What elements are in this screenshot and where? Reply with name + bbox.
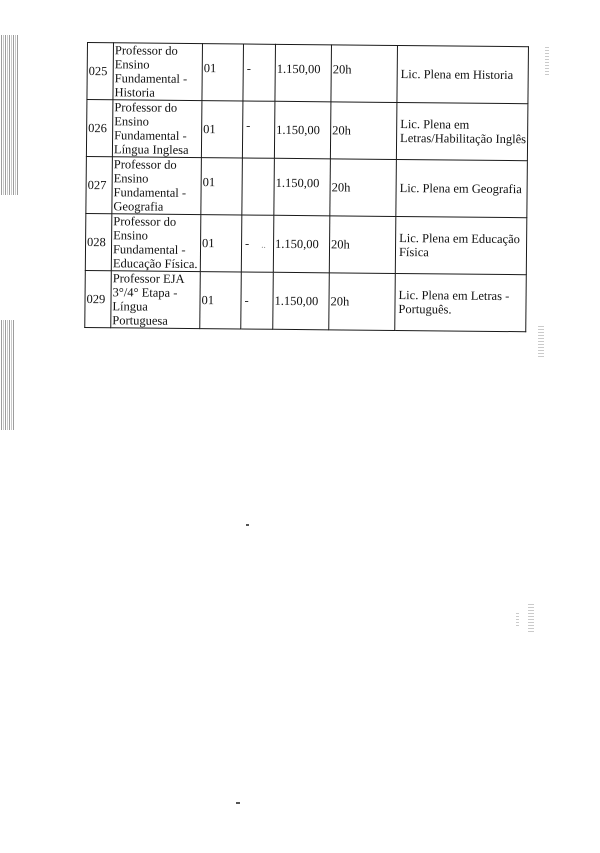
workload-cell: 20h (329, 273, 396, 331)
pcd-vacancies-cell: -.. (241, 215, 274, 272)
requirement-value: Lic. Plena em Educação Física (397, 231, 526, 260)
salary-value: 1.150,00 (277, 62, 331, 77)
requirement-cell: Lic. Plena em Geografia (396, 159, 528, 217)
workload-cell: 20h (331, 45, 398, 103)
code-cell: 025 (87, 43, 114, 100)
role-cell: Professor EJA 3°/4° Etapa - Língua Portu… (111, 271, 201, 329)
salary-value: 1.150,00 (276, 123, 320, 137)
workload-value: 20h (331, 237, 350, 251)
workload-cell: 20h (329, 216, 396, 274)
salary-cell: 1.150,00 (275, 44, 332, 102)
workload-cell: 20h (330, 159, 397, 217)
scan-artifact-left-mid (1, 320, 15, 430)
scan-artifact-right-top (545, 45, 549, 75)
salary-cell: 1.150,00 (273, 272, 330, 330)
table-row: 028 Professor do Ensino Fundamental - Ed… (85, 213, 527, 274)
vacancies-cell: 01 (200, 215, 242, 272)
scan-artifact-right-mid (538, 325, 544, 357)
vacancies-value: 01 (201, 293, 214, 307)
vacancies-cell: 01 (201, 158, 243, 215)
scan-mark-bottom (236, 802, 240, 804)
scan-mark-center (246, 524, 249, 526)
pcd-vacancies-cell: - (242, 101, 275, 158)
scanned-page: 025 Professor do Ensino Fundamental - Hi… (0, 0, 600, 853)
pcd-vacancies-value: - (244, 119, 274, 133)
vacancies-value: 01 (202, 236, 215, 250)
workload-cell: 20h (330, 102, 397, 160)
vacancy-table: 025 Professor do Ensino Fundamental - Hi… (84, 42, 529, 332)
role-cell: Professor do Ensino Fundamental - Histor… (113, 43, 203, 101)
requirement-value: Lic. Plena em Historia (399, 67, 528, 82)
vacancies-cell: 01 (202, 44, 244, 101)
pcd-vacancies-value: - (245, 62, 275, 76)
vacancies-value: 01 (203, 175, 242, 189)
requirement-cell: Lic. Plena em Letras - Português. (395, 273, 527, 331)
pcd-vacancies-cell (242, 158, 275, 215)
table-row: 029 Professor EJA 3°/4° Etapa - Língua P… (85, 270, 527, 331)
workload-value: 20h (330, 294, 349, 308)
requirement-cell: Lic. Plena em Letras/Habilitação Inglês (396, 102, 528, 160)
role-cell: Professor do Ensino Fundamental - Língua… (112, 100, 202, 158)
salary-value: 1.150,00 (276, 176, 330, 191)
requirement-cell: Lic. Plena em Educação Física (395, 216, 527, 274)
workload-value: 20h (333, 62, 397, 77)
pcd-vacancies-cell: - (243, 44, 276, 101)
salary-value: 1.150,00 (274, 294, 318, 308)
salary-cell: 1.150,00 (274, 158, 331, 216)
code-cell: 027 (86, 156, 113, 213)
salary-value: 1.150,00 (275, 237, 319, 251)
code-cell: 028 (85, 213, 112, 270)
salary-cell: 1.150,00 (273, 215, 330, 273)
requirement-cell: Lic. Plena em Historia (397, 45, 529, 103)
role-cell: Professor do Ensino Fundamental - Educaç… (111, 214, 201, 272)
role-cell: Professor do Ensino Fundamental - Geogra… (112, 157, 202, 215)
code-cell: 026 (86, 100, 113, 157)
requirement-value: Lic. Plena em Letras - Português. (396, 288, 525, 317)
vacancies-value: 01 (204, 61, 243, 75)
workload-value: 20h (332, 180, 351, 194)
pcd-vacancies-cell: - (241, 272, 274, 329)
salary-cell: 1.150,00 (274, 101, 331, 159)
vacancies-cell: 01 (200, 272, 242, 329)
requirement-value: Lic. Plena em Letras/Habilitação Inglês (398, 117, 527, 146)
scan-artifact-right-low (528, 602, 534, 632)
vacancies-cell: 01 (201, 101, 243, 158)
table-row: 026 Professor do Ensino Fundamental - Lí… (86, 100, 528, 161)
table-row: 025 Professor do Ensino Fundamental - Hi… (87, 43, 529, 104)
pcd-vacancies-value: - (243, 236, 249, 250)
scan-artifact-left-top (1, 35, 19, 195)
pcd-extra-mark: .. (261, 239, 266, 249)
table-row: 027 Professor do Ensino Fundamental - Ge… (86, 156, 528, 217)
scan-artifact-right-low-2 (516, 612, 519, 626)
code-cell: 029 (85, 270, 112, 327)
workload-value: 20h (332, 123, 351, 137)
vacancies-value: 01 (203, 122, 216, 136)
requirement-value: Lic. Plena em Geografia (398, 181, 527, 196)
pcd-vacancies-value: - (242, 294, 248, 308)
